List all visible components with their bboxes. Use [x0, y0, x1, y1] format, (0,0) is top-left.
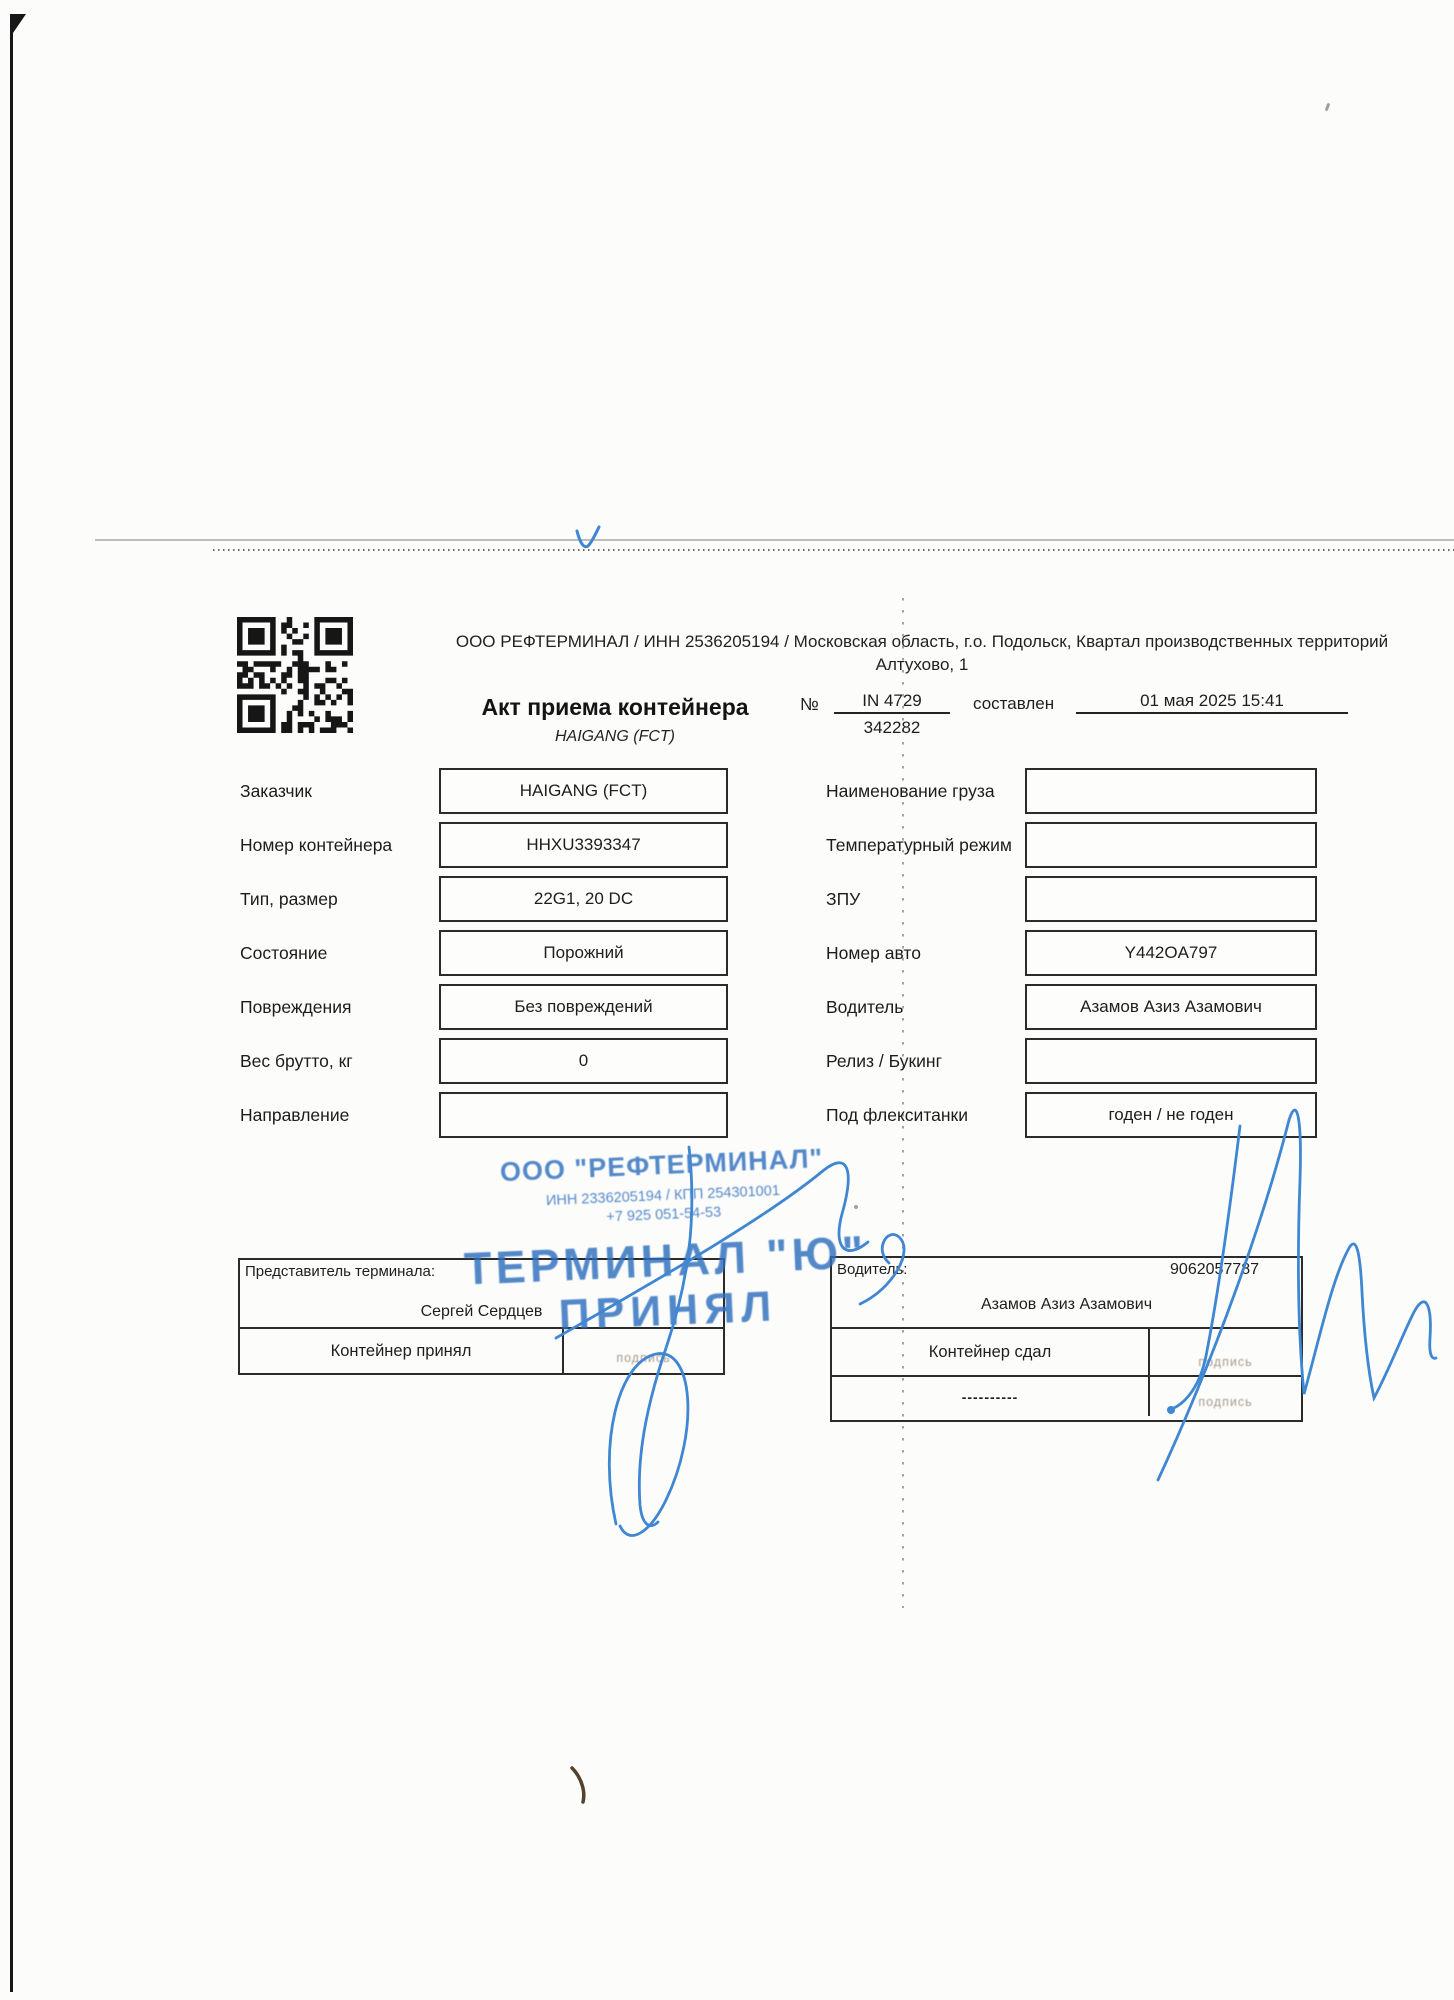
- field-box-customer: HAIGANG (FCT): [439, 768, 728, 814]
- document-number-value: IN 4729: [836, 691, 948, 711]
- field-box-condition: Порожний: [439, 930, 728, 976]
- field-label-cargo-name: Наименование груза: [826, 768, 995, 814]
- field-label-temperature-mode: Температурный режим: [826, 822, 1012, 868]
- company-header-line1: ООО РЕФТЕРМИНАЛ / ИНН 2536205194 / Моско…: [392, 630, 1452, 653]
- pen-mark: [572, 1768, 584, 1802]
- document-title: Акт приема контейнера: [430, 694, 800, 721]
- composed-date-value: 01 мая 2025 15:41: [1078, 691, 1346, 711]
- document-number-label: №: [800, 694, 819, 715]
- scan-speck: [1325, 103, 1331, 112]
- terminal-representative-label: Представитель терминала:: [245, 1263, 435, 1280]
- field-box-seal: [1025, 876, 1317, 922]
- field-box-driver: Азамов Азиз Азамович: [1025, 984, 1317, 1030]
- qr-code: [237, 617, 353, 733]
- field-box-truck-number: Y442OA797: [1025, 930, 1317, 976]
- scan-left-edge-line: [10, 14, 13, 1992]
- driver-table-dashes-row: ---------- подпись: [832, 1375, 1301, 1416]
- container-handed-label: Контейнер сдал: [929, 1343, 1051, 1362]
- document-number-secondary: 342282: [836, 718, 948, 738]
- field-label-direction: Направление: [240, 1092, 349, 1138]
- company-header: ООО РЕФТЕРМИНАЛ / ИНН 2536205194 / Моско…: [392, 630, 1452, 676]
- scanned-document-page: ООО РЕФТЕРМИНАЛ / ИНН 2536205194 / Моско…: [0, 0, 1454, 2000]
- field-box-damages: Без повреждений: [439, 984, 728, 1030]
- field-label-seal: ЗПУ: [826, 876, 860, 922]
- field-label-damages: Повреждения: [240, 984, 351, 1030]
- composed-date-underline: [1076, 712, 1348, 714]
- dashes-text: ----------: [962, 1389, 1019, 1405]
- field-box-cargo-name: [1025, 768, 1317, 814]
- field-box-container-number: HHXU3393347: [439, 822, 728, 868]
- field-label-driver: Водитель: [826, 984, 903, 1030]
- field-label-flexitank: Под флекситанки: [826, 1092, 968, 1138]
- field-label-condition: Состояние: [240, 930, 327, 976]
- blue-checkmark: [577, 527, 599, 547]
- field-box-release-booking: [1025, 1038, 1317, 1084]
- scan-seam-line: [95, 539, 1454, 541]
- field-label-type-size: Тип, размер: [240, 876, 338, 922]
- document-subtitle: HAIGANG (FCT): [430, 728, 800, 746]
- pen-tick-mark: [572, 1768, 584, 1802]
- signature-placeholder: подпись: [1150, 1355, 1301, 1369]
- company-header-line2: Алтухово, 1: [392, 653, 1452, 676]
- field-label-truck-number: Номер авто: [826, 930, 921, 976]
- scan-corner-wedge: [13, 14, 26, 33]
- driver-table-action-row: Контейнер сдал подпись: [832, 1327, 1301, 1375]
- field-label-release-booking: Релиз / Букинг: [826, 1038, 942, 1084]
- container-handed-cell: Контейнер сдал: [832, 1329, 1150, 1375]
- document-number-underline: [834, 712, 950, 714]
- field-label-container-number: Номер контейнера: [240, 822, 392, 868]
- dashes-cell: ----------: [832, 1377, 1150, 1416]
- signature-left-loop: [609, 1354, 688, 1536]
- field-box-gross-weight: 0: [439, 1038, 728, 1084]
- field-box-type-size: 22G1, 20 DC: [439, 876, 728, 922]
- field-label-gross-weight: Вес брутто, кг: [240, 1038, 353, 1084]
- scan-seam-dotted-line: [213, 549, 1454, 551]
- field-box-temperature-mode: [1025, 822, 1317, 868]
- company-stamp: ООО "РЕФТЕРМИНАЛ" ИНН 2336205194 / КПП 2…: [426, 1140, 904, 1346]
- field-label-customer: Заказчик: [240, 768, 312, 814]
- field-box-direction: [439, 1092, 728, 1138]
- driver-signature-cell-2: подпись: [1150, 1377, 1301, 1416]
- signature-placeholder: подпись: [564, 1351, 723, 1365]
- driver-signature-cell-1: подпись: [1150, 1329, 1301, 1375]
- signature-placeholder: подпись: [1150, 1395, 1301, 1409]
- driver-phone: 9062057787: [1170, 1261, 1259, 1279]
- composed-date-label: составлен: [973, 694, 1054, 714]
- field-box-flexitank: годен / не годен: [1025, 1092, 1317, 1138]
